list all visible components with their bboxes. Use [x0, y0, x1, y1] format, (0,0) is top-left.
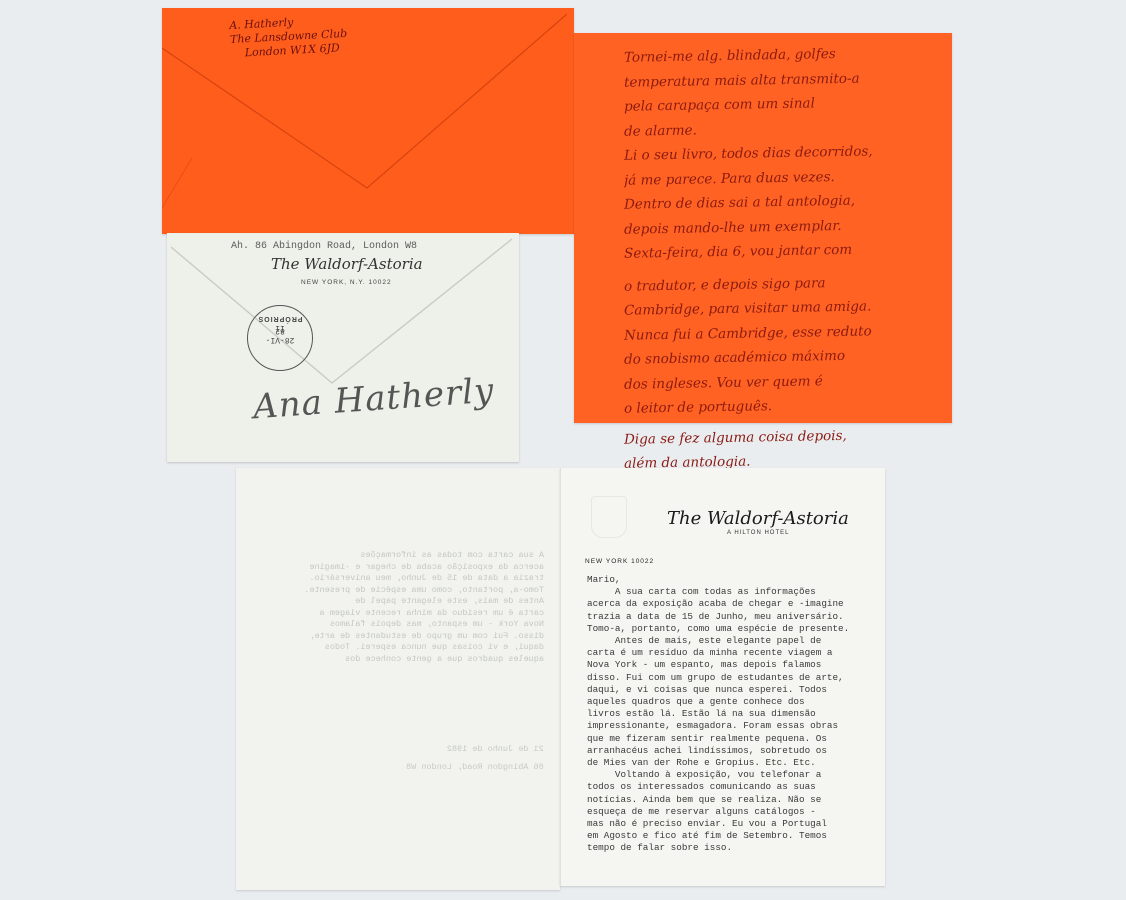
letter-body: Mario, A sua carta com todas as informaç…: [587, 574, 887, 855]
closing-lines: 21 de Junho de 1982 86 Abingdon Road, Lo…: [406, 740, 544, 776]
note-text: Tornei-me alg. blindada, golfes temperat…: [624, 43, 938, 474]
letter-right-page: The Waldorf-Astoria A HILTON HOTEL NEW Y…: [560, 468, 885, 886]
hotel-city: NEW YORK, N.Y. 10022: [301, 279, 392, 286]
letter-left-page: A sua carta com todas as informações ace…: [236, 468, 560, 890]
typed-return-address: Ah. 86 Abingdon Road, London W8: [231, 241, 417, 252]
show-through-text: A sua carta com todas as informações ace…: [244, 550, 544, 665]
letterhead-hotel-name: The Waldorf-Astoria: [667, 508, 849, 529]
envelope-return-address: A. Hatherly The Lansdowne Club London W1…: [229, 13, 348, 61]
postmark-stamp: 28-VI-82 II PRÓPRIOS: [247, 305, 313, 371]
embossed-crest-icon: [591, 496, 627, 538]
white-envelope: Ah. 86 Abingdon Road, London W8 The Wald…: [167, 233, 519, 462]
hotel-logo: The Waldorf-Astoria: [271, 255, 423, 273]
letterhead-subtitle: A HILTON HOTEL: [727, 530, 789, 536]
orange-envelope: A. Hatherly The Lansdowne Club London W1…: [162, 8, 574, 234]
envelope-flap-lines: [162, 8, 574, 234]
letterhead-city: NEW YORK 10022: [585, 558, 654, 565]
handwritten-note: Tornei-me alg. blindada, golfes temperat…: [574, 33, 952, 423]
